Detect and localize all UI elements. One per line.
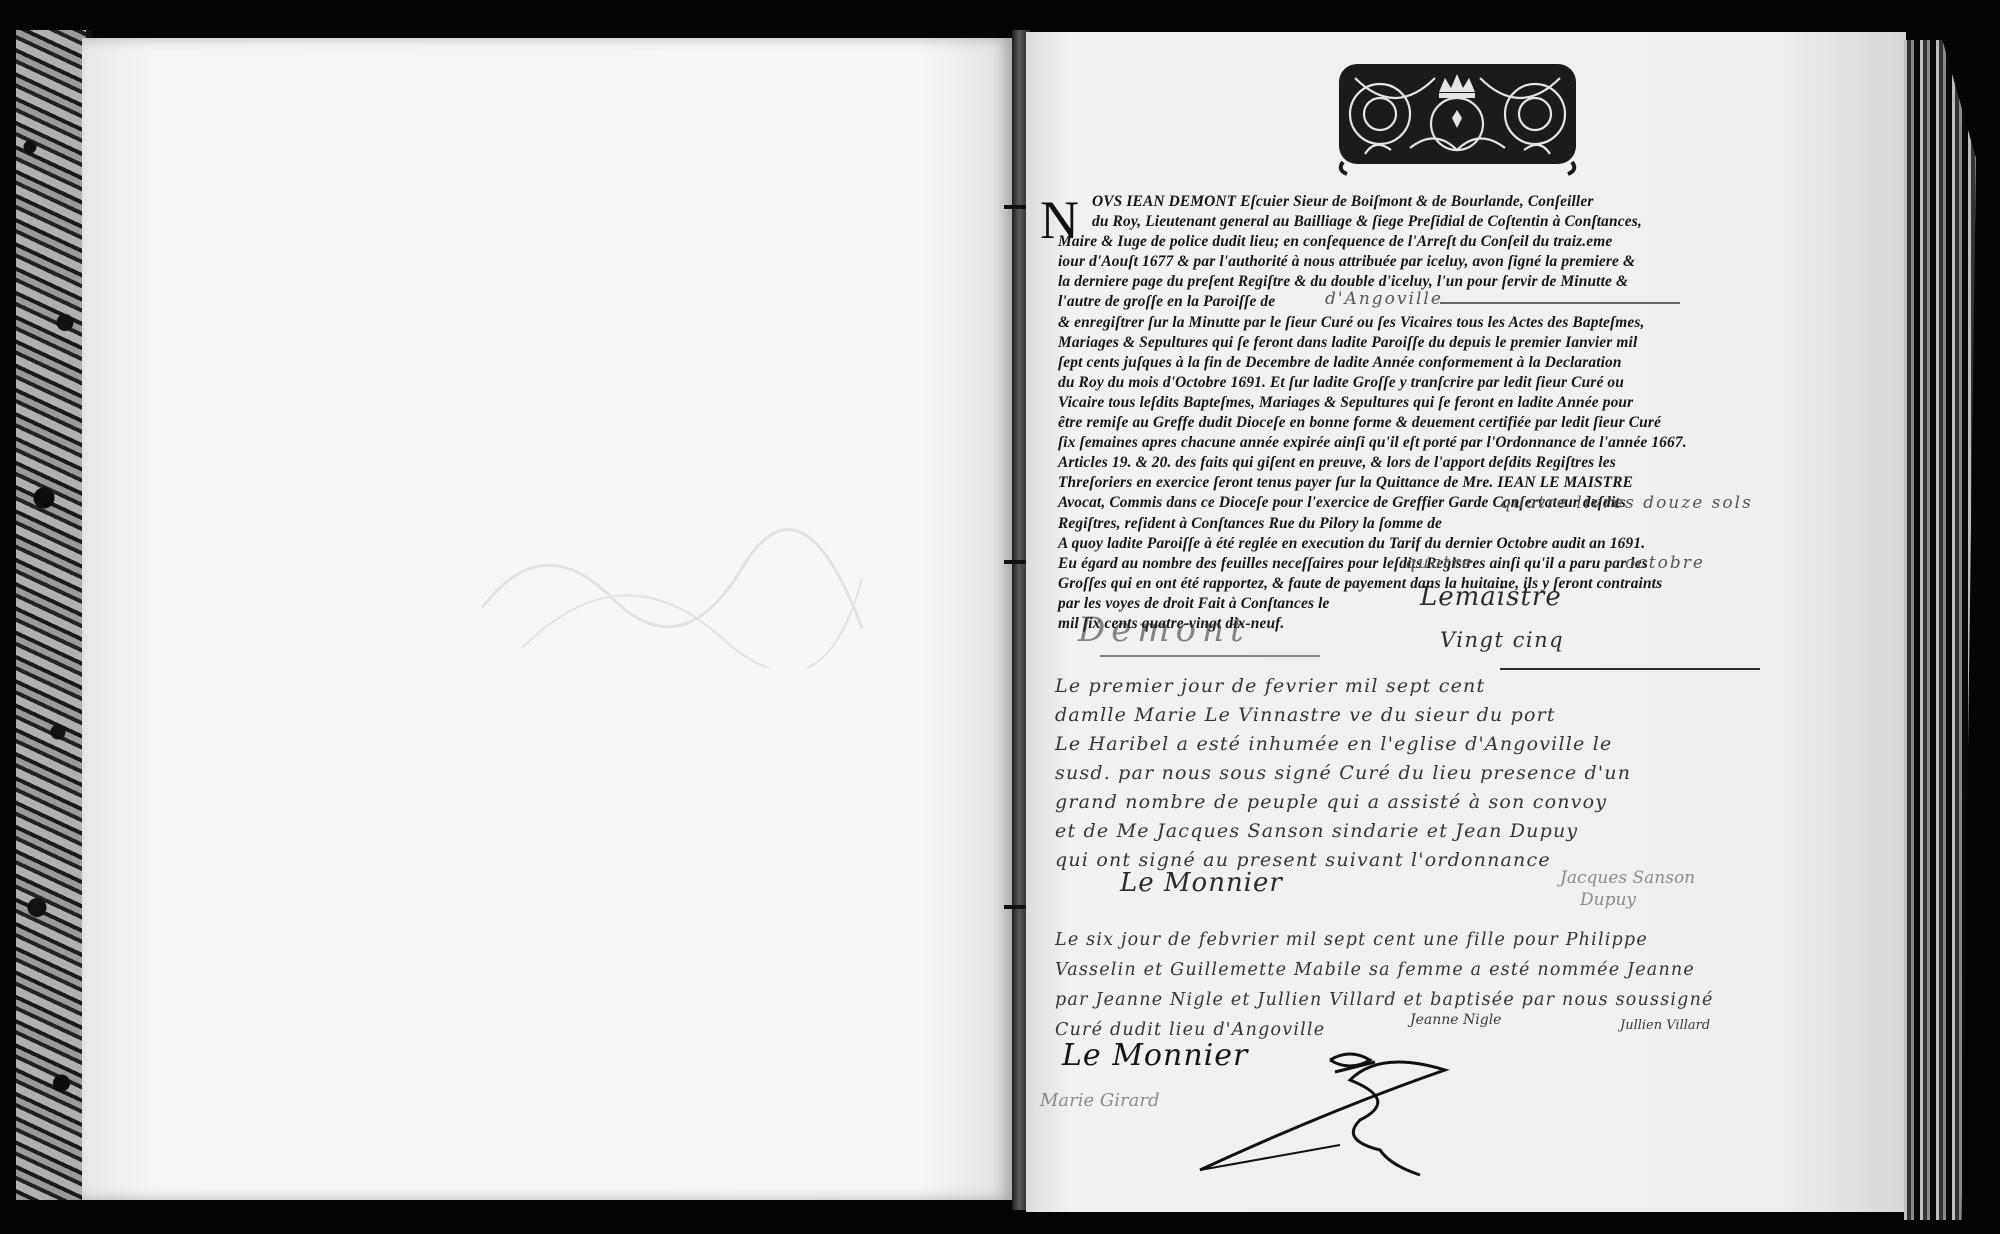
signature-sanson: Jacques Sanson: [1560, 868, 1695, 888]
burial-entry: Le premier jour de fevrier mil sept cent…: [1055, 672, 1875, 875]
printed-line: A quoy ladite Paroiſſe à été reglée en e…: [1058, 534, 1778, 554]
printed-line: Groſſes qui en ont été rapportez, & faut…: [1058, 574, 1778, 594]
entry-line: Le Haribel a esté inhumée en l'eglise d'…: [1055, 730, 1875, 759]
entry-line: grand nombre de peuple qui a assisté à s…: [1055, 788, 1875, 817]
printed-line: Mariages & Sepultures qui ſe feront dans…: [1058, 333, 1778, 353]
entry-underline: [1500, 668, 1760, 670]
printed-line: du Roy du mois d'Octobre 1691. Et ſur la…: [1058, 373, 1778, 393]
priest-paraph-flourish: [1180, 1040, 1480, 1180]
entry-line: damlle Marie Le Vinnastre ve du sieur du…: [1055, 701, 1875, 730]
printed-line: Regiſtres, reſident à Conſtances Rue du …: [1058, 514, 1778, 534]
signature-dupuy: Dupuy: [1580, 890, 1636, 910]
handwritten-month: octobre: [1625, 553, 1705, 573]
entry-line: Vasselin et Guillemette Mabile sa femme …: [1055, 955, 1875, 985]
handwritten-sum: quatre livres douze sols: [1500, 493, 1753, 513]
entry-line: et de Me Jacques Sanson sindarie et Jean…: [1055, 817, 1875, 846]
book-cover-marbled-edge: [16, 30, 92, 1200]
entry-line: par Jeanne Nigle et Jullien Villard et b…: [1055, 985, 1875, 1015]
entry-line: Le premier jour de fevrier mil sept cent: [1055, 672, 1875, 701]
printed-line: OVS IEAN DEMONT Eſcuier Sieur de Boiſmon…: [1058, 192, 1778, 212]
bleed-through-ink: [462, 508, 882, 668]
signature-lemaistre: Lemaistre: [1420, 582, 1562, 612]
printed-line: ſept cents juſques à la fin de Decembre …: [1058, 353, 1778, 373]
signature-flourish: [1100, 655, 1320, 657]
entry-line: Le six jour de febvrier mil sept cent un…: [1055, 925, 1875, 955]
signature-demont: Demont: [1078, 610, 1250, 650]
signature-jullien-villard: Jullien Villard: [1620, 1018, 1710, 1033]
handwritten-parish-name: d'Angoville: [1325, 289, 1443, 309]
printed-line: Maire & Iuge de police dudit lieu; en co…: [1058, 232, 1778, 252]
handwritten-day: quatre: [1405, 553, 1474, 573]
fill-line: [1440, 302, 1680, 304]
printed-line: du Roy, Lieutenant general au Bailliage …: [1058, 212, 1778, 232]
printed-line: & enregiſtrer ſur la Minutte par le ſieu…: [1058, 313, 1778, 333]
printed-line: iour d'Aouſt 1677 & par l'authorité à no…: [1058, 252, 1778, 272]
printed-line: ſix ſemaines apres chacune année expirée…: [1058, 433, 1778, 453]
printed-line: Threſoriers en exercice ſeront tenus pay…: [1058, 473, 1778, 493]
signature-le-monnier: Le Monnier: [1120, 868, 1283, 898]
signature-jeanne-nigle: Jeanne Nigle: [1410, 1012, 1501, 1028]
left-page-blank: [82, 38, 1012, 1200]
printed-line: Articles 19. & 20. des faits qui giſent …: [1058, 453, 1778, 473]
printed-line: Vicaire tous leſdits Bapteſmes, Mariages…: [1058, 393, 1778, 413]
entry-heading: Vingt cinq: [1440, 628, 1564, 652]
entry-line: susd. par nous sous signé Curé du lieu p…: [1055, 759, 1875, 788]
page-stack-edges: [1904, 40, 2000, 1220]
printed-line: être remiſe au Greffe dudit Dioceſe en b…: [1058, 413, 1778, 433]
signature-marie-girard: Marie Girard: [1040, 1090, 1160, 1111]
royal-ornament-icon: [1335, 58, 1580, 176]
